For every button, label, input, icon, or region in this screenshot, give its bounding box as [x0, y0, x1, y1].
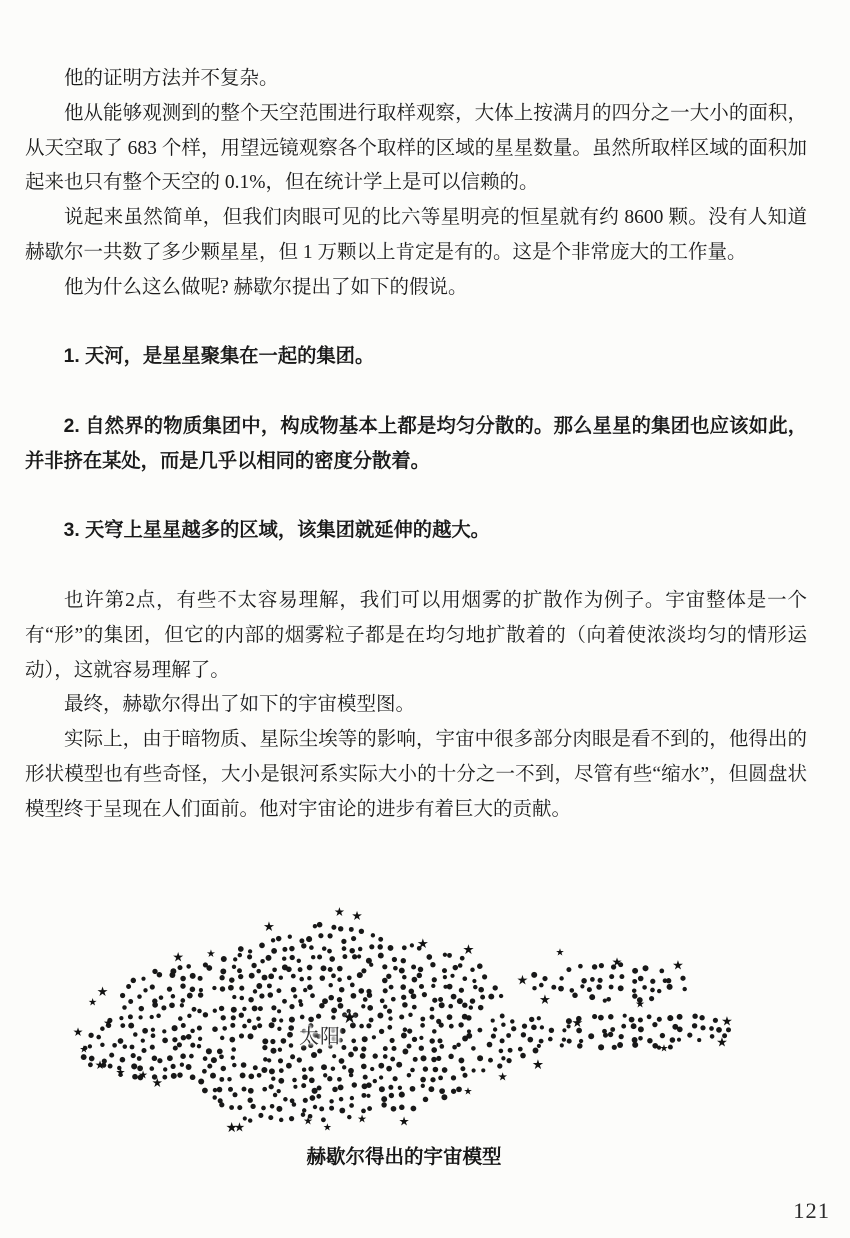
star-dot	[420, 1055, 426, 1061]
star-dot	[447, 1014, 453, 1020]
edge-star-icon: ★	[357, 1113, 367, 1126]
star-dot	[252, 1005, 258, 1011]
star-dot	[387, 1025, 392, 1030]
star-dot	[231, 1047, 236, 1052]
star-dot	[181, 1035, 186, 1040]
star-dot	[631, 1023, 637, 1029]
star-dot	[657, 989, 661, 993]
star-dot	[419, 1036, 423, 1040]
star-dot	[367, 1106, 372, 1111]
star-dot	[271, 1005, 276, 1010]
star-dot	[608, 1032, 613, 1037]
star-dot	[388, 1085, 393, 1090]
star-dot	[506, 1033, 511, 1038]
star-dot	[359, 1024, 364, 1029]
edge-star-icon: ★	[303, 1115, 313, 1128]
star-dot	[180, 1063, 184, 1067]
star-dot	[289, 1043, 294, 1048]
star-dot	[599, 963, 604, 968]
star-dot	[537, 1044, 541, 1048]
star-dot	[258, 1113, 263, 1118]
star-dot	[493, 985, 498, 990]
star-dot	[232, 995, 236, 999]
star-dot	[180, 998, 185, 1003]
star-dot	[408, 1013, 412, 1017]
star-dot	[387, 1009, 392, 1014]
star-dot	[197, 1044, 201, 1048]
star-dot	[432, 1029, 437, 1034]
star-dot	[219, 1054, 224, 1059]
star-dot	[390, 1057, 395, 1062]
star-dot	[430, 962, 435, 967]
star-dot	[282, 999, 287, 1004]
star-dot	[572, 993, 578, 999]
star-dot	[470, 968, 475, 973]
edge-star-icon: ★	[95, 1058, 106, 1072]
star-dot	[667, 984, 673, 990]
hypothesis-item: 3. 天穹上星星越多的区域，该集团就延伸的越大。	[25, 514, 807, 549]
page-text: 他的证明方法并不复杂。他从能够观测到的整个天空范围进行取样观察，大体上按满月的四…	[25, 62, 807, 828]
star-dot	[299, 1003, 303, 1007]
star-dot	[411, 1106, 417, 1112]
star-dot	[578, 964, 583, 969]
star-dot	[380, 998, 385, 1003]
star-dot	[237, 968, 242, 973]
star-dot	[363, 1075, 368, 1080]
star-dot	[229, 1105, 234, 1110]
star-dot	[660, 1033, 665, 1038]
star-dot	[349, 927, 354, 932]
star-dot	[351, 936, 356, 941]
star-dot	[331, 925, 336, 930]
star-dot	[189, 1054, 194, 1059]
star-dot	[548, 1037, 553, 1042]
star-dot	[259, 993, 264, 998]
star-dot	[332, 1087, 338, 1093]
paragraph: 也许第2点，有些不太容易理解，我们可以用烟雾的扩散作为例子。宇宙整体是一个有“形…	[25, 584, 807, 688]
star-dot	[382, 978, 388, 984]
star-dot	[250, 1104, 255, 1109]
star-dot	[418, 967, 424, 973]
star-dot	[321, 965, 327, 971]
star-dot	[242, 1087, 247, 1092]
star-dot	[290, 955, 295, 960]
star-dot	[592, 1014, 597, 1019]
star-dot	[421, 1084, 425, 1088]
star-dot	[262, 1045, 267, 1050]
star-dot	[422, 992, 427, 997]
star-dot	[190, 1074, 196, 1080]
star-dot	[229, 1037, 235, 1043]
star-dot	[348, 1068, 354, 1074]
star-dot	[692, 1023, 697, 1028]
star-dot	[327, 1076, 332, 1081]
star-dot	[307, 965, 313, 971]
star-dot	[558, 986, 564, 992]
paragraph: 他的证明方法并不复杂。	[25, 62, 807, 97]
star-dot	[677, 1014, 683, 1020]
star-dot	[331, 1015, 335, 1019]
star-dot	[238, 953, 242, 957]
star-dot	[487, 1042, 493, 1048]
star-dot	[609, 985, 614, 990]
star-dot	[262, 1038, 268, 1044]
star-dot	[532, 986, 536, 990]
paragraph: 他从能够观测到的整个天空范围进行取样观察，大体上按满月的四分之一大小的面积，从天…	[25, 97, 807, 201]
star-dot	[139, 1006, 144, 1011]
star-dot	[119, 1016, 123, 1020]
star-dot	[247, 1019, 252, 1024]
star-dot	[281, 1038, 287, 1044]
star-dot	[88, 1033, 93, 1038]
star-dot	[323, 1073, 327, 1077]
star-dot	[171, 1073, 177, 1079]
star-dot	[261, 1067, 267, 1073]
star-dot	[337, 997, 342, 1002]
star-dot	[239, 1013, 244, 1018]
star-dot	[491, 1034, 496, 1039]
star-dot	[259, 943, 265, 949]
star-dot	[411, 993, 417, 999]
star-dot	[172, 1025, 178, 1031]
star-dot	[537, 1016, 541, 1020]
star-dot	[390, 1038, 395, 1043]
star-dot	[448, 1004, 453, 1009]
star-dot	[313, 1105, 317, 1109]
star-dot	[261, 1106, 266, 1111]
edge-star-icon: ★	[351, 908, 362, 923]
star-dot	[270, 1039, 275, 1044]
star-dot	[237, 1105, 242, 1110]
edge-star-icon: ★	[172, 951, 184, 966]
star-dot	[297, 959, 301, 963]
star-dot	[231, 1015, 236, 1020]
edge-star-icon: ★	[103, 1017, 113, 1030]
star-dot	[268, 992, 274, 998]
star-dot	[256, 983, 262, 989]
star-dot	[253, 989, 257, 993]
star-dot	[130, 1045, 135, 1050]
star-dot	[242, 1007, 246, 1011]
star-dot	[391, 1106, 397, 1112]
star-dot	[282, 956, 286, 960]
star-dot	[518, 1047, 523, 1052]
star-dot	[241, 1062, 247, 1068]
star-dot	[180, 976, 186, 982]
star-dot	[401, 995, 406, 1000]
star-dot	[668, 1045, 673, 1050]
star-dot	[373, 1079, 377, 1083]
star-dot	[322, 946, 327, 951]
star-dot	[480, 995, 485, 1000]
star-dot	[426, 954, 432, 960]
star-dot	[359, 929, 364, 934]
star-dot	[539, 983, 544, 988]
star-dot	[372, 1035, 376, 1039]
star-dot	[559, 976, 563, 980]
star-dot	[423, 1097, 429, 1103]
edge-star-icon: ★	[398, 1114, 409, 1129]
star-dot	[399, 1092, 405, 1098]
star-dot	[177, 965, 182, 970]
star-dot	[206, 965, 212, 971]
hypothesis-item: 2. 自然界的物质集团中，构成物基本上都是均匀分散的。那么星星的集团也应该如此，…	[25, 410, 807, 480]
star-dot	[307, 976, 311, 980]
star-dot	[186, 1064, 192, 1070]
star-dot	[466, 1015, 472, 1021]
star-dot	[152, 1056, 158, 1062]
star-dot	[270, 1048, 276, 1054]
star-dot	[180, 1003, 184, 1007]
star-dot	[366, 1094, 370, 1098]
star-dot	[298, 967, 303, 972]
star-dot	[143, 988, 147, 992]
star-dot	[268, 1115, 273, 1120]
star-dot	[303, 1098, 308, 1103]
star-dot	[219, 1102, 224, 1107]
star-dot	[407, 1029, 412, 1034]
star-dot	[462, 1073, 467, 1078]
star-dot	[279, 1018, 283, 1022]
edge-star-icon: ★	[572, 1016, 584, 1031]
star-dot	[453, 965, 459, 971]
star-dot	[419, 1046, 424, 1051]
star-dot	[481, 1068, 485, 1072]
star-dot	[180, 983, 185, 988]
star-dot	[337, 1077, 342, 1082]
star-dot	[321, 1064, 327, 1070]
star-dot	[506, 1058, 511, 1063]
star-dot	[361, 1004, 365, 1008]
edge-star-icon: ★	[462, 942, 474, 958]
star-dot	[332, 1054, 336, 1058]
star-dot	[420, 1017, 425, 1022]
star-dot	[562, 1037, 566, 1041]
edge-star-icon: ★	[152, 1075, 163, 1090]
star-dot	[488, 994, 494, 1000]
star-dot	[221, 1015, 226, 1020]
star-dot	[271, 938, 275, 942]
paragraph: 实际上，由于暗物质、星际尘埃等的影响，宇宙中很多部分肉眼是看不到的，他得出的形状…	[25, 723, 807, 827]
star-dot	[141, 1038, 145, 1042]
star-dot	[363, 997, 368, 1002]
star-dot	[378, 1063, 384, 1069]
edge-star-icon: ★	[556, 948, 565, 959]
star-dot	[378, 937, 383, 942]
star-dot	[293, 1085, 297, 1089]
star-dot	[318, 933, 323, 938]
star-dot	[436, 1056, 441, 1061]
star-dot	[350, 983, 355, 988]
star-dot	[650, 979, 655, 984]
star-dot	[161, 1005, 166, 1010]
paragraph: 他为什么这么做呢? 赫歇尔提出了如下的假说。	[25, 271, 807, 306]
star-dot	[309, 1077, 315, 1083]
star-dot	[629, 1017, 635, 1023]
star-dot	[692, 1013, 697, 1018]
star-dot	[118, 1038, 124, 1044]
star-dot	[500, 1038, 505, 1043]
star-dot	[272, 967, 277, 972]
edge-star-icon: ★	[498, 1069, 508, 1083]
star-dot	[383, 1046, 388, 1051]
star-dot	[409, 989, 415, 995]
star-dot	[399, 1014, 404, 1019]
star-dot	[402, 1002, 408, 1008]
star-dot	[632, 988, 637, 993]
star-dot	[109, 1053, 114, 1058]
star-dot	[319, 1003, 324, 1008]
star-dot	[598, 1015, 604, 1021]
star-dot	[301, 943, 306, 948]
star-dot	[567, 1039, 572, 1044]
edge-star-icon: ★	[464, 1087, 473, 1098]
star-dot	[358, 947, 362, 951]
star-dot	[407, 1044, 412, 1049]
star-dot	[420, 1023, 425, 1028]
star-dot	[647, 1014, 652, 1019]
star-dot	[138, 1015, 142, 1019]
star-dot	[477, 963, 483, 969]
edge-star-icon: ★	[206, 948, 215, 960]
star-dot	[317, 954, 322, 959]
star-dot	[549, 1028, 554, 1033]
star-dot	[276, 936, 281, 941]
star-dot	[366, 1023, 371, 1028]
star-dot	[462, 976, 467, 981]
star-dot	[173, 1046, 178, 1051]
edge-star-icon: ★	[635, 998, 645, 1011]
star-dot	[361, 1093, 366, 1098]
star-dot	[430, 1077, 435, 1082]
star-dot	[467, 1029, 471, 1033]
star-dot	[352, 954, 357, 959]
star-dot	[120, 993, 125, 998]
star-dot	[317, 1086, 322, 1091]
star-dot	[279, 1118, 283, 1122]
star-dot	[331, 1007, 337, 1013]
star-dot	[120, 1057, 126, 1063]
star-dot	[598, 978, 603, 983]
star-dot	[128, 1023, 134, 1029]
star-dot	[320, 975, 326, 981]
star-dot	[428, 1086, 434, 1092]
star-dot	[299, 977, 304, 982]
star-dot	[289, 1004, 294, 1009]
star-dot	[430, 1015, 435, 1020]
star-dot	[313, 924, 317, 928]
star-dot	[477, 1028, 482, 1033]
star-dot	[288, 1025, 294, 1031]
star-dot	[248, 1098, 253, 1103]
star-dot	[310, 993, 315, 998]
star-dot	[268, 973, 274, 979]
star-dot	[269, 1022, 275, 1028]
edge-star-icon: ★	[226, 1120, 238, 1136]
edge-star-icon: ★	[532, 1057, 544, 1073]
edge-star-icon: ★	[73, 1025, 84, 1039]
star-dot	[349, 1073, 353, 1077]
edge-star-icon: ★	[660, 1044, 669, 1055]
star-dot	[403, 1027, 408, 1032]
star-dot	[277, 1089, 281, 1093]
star-dot	[329, 1106, 334, 1111]
star-dot	[316, 1014, 321, 1019]
star-dot	[203, 1056, 208, 1061]
star-dot	[677, 1027, 683, 1033]
star-dot	[410, 943, 414, 947]
star-dot	[156, 1014, 161, 1019]
star-dot	[413, 1057, 418, 1062]
star-dot	[687, 1033, 692, 1038]
star-dot	[197, 1009, 202, 1014]
star-dot	[190, 987, 196, 993]
star-dot	[251, 963, 256, 968]
star-dot	[699, 1015, 704, 1020]
star-dot	[222, 1026, 227, 1031]
star-dot	[283, 1097, 288, 1102]
star-dot	[228, 1087, 233, 1092]
star-dot	[357, 954, 361, 958]
star-dot	[272, 1017, 277, 1022]
star-dot	[493, 1027, 497, 1031]
star-dot	[190, 1043, 195, 1048]
star-dot	[608, 1014, 613, 1019]
star-dot	[508, 1048, 513, 1053]
star-dot	[367, 993, 372, 998]
star-dot	[451, 1075, 456, 1080]
star-dot	[377, 1013, 383, 1019]
star-dot	[638, 1036, 643, 1041]
star-dot	[128, 999, 133, 1004]
star-dot	[278, 1078, 284, 1084]
star-dot	[623, 1014, 627, 1018]
star-dot	[407, 1073, 411, 1077]
star-dot	[439, 1088, 445, 1094]
star-dot	[598, 1044, 604, 1050]
star-dot	[197, 1026, 202, 1031]
star-dot	[291, 974, 296, 979]
star-dot	[700, 1025, 705, 1030]
star-dot	[469, 1005, 473, 1009]
star-dot	[339, 987, 345, 993]
star-dot	[177, 1072, 182, 1077]
star-dot	[383, 1005, 387, 1009]
star-dot	[162, 1075, 167, 1080]
star-dot	[450, 974, 454, 978]
star-dot	[269, 1084, 274, 1089]
star-dot	[276, 988, 281, 993]
star-dot	[456, 1043, 460, 1047]
star-dot	[172, 1037, 177, 1042]
star-dot	[381, 1096, 387, 1102]
star-dot	[500, 1014, 505, 1019]
star-dot	[401, 958, 406, 963]
star-dot	[419, 984, 424, 989]
star-dot	[162, 1038, 168, 1044]
star-dot	[120, 1023, 125, 1028]
star-dot	[358, 988, 364, 994]
star-dot	[617, 1042, 623, 1048]
edge-star-icon: ★	[115, 1066, 125, 1079]
star-dot	[383, 1054, 388, 1059]
star-dot	[577, 1043, 583, 1049]
star-dot	[360, 1053, 366, 1059]
star-dot	[308, 1017, 314, 1023]
star-dot	[240, 1072, 246, 1078]
star-dot	[171, 994, 176, 999]
star-dot	[402, 1049, 408, 1055]
